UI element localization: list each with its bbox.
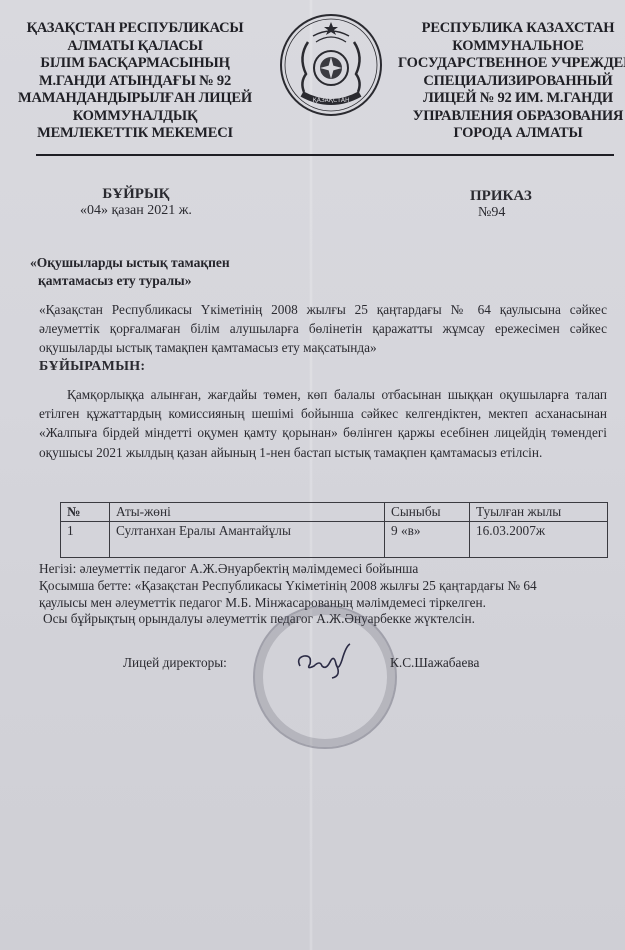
subject-line-1: «Оқушыларды ыстық тамақпен — [30, 255, 230, 270]
header-kz-line: КОММУНАЛДЫҚ — [4, 108, 266, 126]
header-birth-date: Туылған жылы — [470, 503, 608, 522]
header-ru-line: ГОСУДАРСТВЕННОЕ УЧРЕЖДЕНИ — [398, 55, 625, 73]
header-number: № — [61, 503, 110, 522]
signature-icon — [292, 640, 362, 680]
header-ru-line: УПРАВЛЕНИЯ ОБРАЗОВАНИЯ — [398, 108, 625, 126]
table-header-row: № Аты-жөні Сыныбы Туылған жылы — [61, 503, 608, 522]
paper-fold — [309, 0, 313, 950]
basis-line: Негізі: әлеуметтік педагог А.Ж.Әнуарбект… — [39, 561, 614, 578]
header-ru-line: СПЕЦИАЛИЗИРОВАННЫЙ — [398, 73, 625, 91]
order-label-kz: БҰЙРЫҚ — [80, 186, 192, 203]
state-emblem-icon: ҚАЗАҚСТАН — [278, 12, 384, 118]
cell-full-name: Султанхан Ералы Амантайұлы — [110, 522, 385, 558]
header-class: Сыныбы — [385, 503, 470, 522]
header-ru-line: КОММУНАЛЬНОЕ — [398, 38, 625, 56]
header-ru-line: ГОРОДА АЛМАТЫ — [398, 125, 625, 143]
ordain-label: БҰЙЫРАМЫН: — [39, 357, 607, 376]
table-row: 1 Султанхан Ералы Амантайұлы 9 «в» 16.03… — [61, 522, 608, 558]
header-kz-line: БІЛІМ БАСҚАРМАСЫНЫҢ — [4, 55, 266, 73]
header-kz-line: МЕМЛЕКЕТТІК МЕКЕМЕСІ — [4, 125, 266, 143]
header-kz-line: ҚАЗАҚСТАН РЕСПУБЛИКАСЫ — [4, 20, 266, 38]
director-name: К.С.Шажабаева — [390, 655, 479, 671]
order-title-kz: БҰЙРЫҚ «04» қазан 2021 ж. — [80, 186, 192, 219]
cell-birth-date: 16.03.2007ж — [470, 522, 608, 558]
order-body: Қамқорлыққа алынған, жағдайы төмен, көп … — [39, 385, 607, 462]
header-russian: РЕСПУБЛИКА КАЗАХСТАН КОММУНАЛЬНОЕ ГОСУДА… — [398, 20, 625, 143]
header-ru-line: ЛИЦЕЙ № 92 ИМ. М.ГАНДИ — [398, 90, 625, 108]
legal-basis: «Қазақстан Республикасы Үкіметінің 2008 … — [39, 300, 607, 376]
header-kz-line: М.ГАНДИ АТЫНДАҒЫ № 92 — [4, 73, 266, 91]
header-divider — [36, 154, 614, 156]
basis-text: «Қазақстан Республикасы Үкіметінің 2008 … — [39, 300, 607, 357]
order-subject: «Оқушыларды ыстық тамақпен қамтамасыз ет… — [30, 254, 230, 290]
header-kazakh: ҚАЗАҚСТАН РЕСПУБЛИКАСЫ АЛМАТЫ ҚАЛАСЫ БІЛ… — [4, 20, 266, 143]
order-document: ҚАЗАҚСТАН РЕСПУБЛИКАСЫ АЛМАТЫ ҚАЛАСЫ БІЛ… — [0, 0, 625, 950]
order-date: «04» қазан 2021 ж. — [80, 203, 192, 218]
cell-number: 1 — [61, 522, 110, 558]
order-number: №94 — [478, 205, 532, 221]
header-kz-line: АЛМАТЫ ҚАЛАСЫ — [4, 38, 266, 56]
order-label-ru: ПРИКАЗ — [470, 188, 532, 205]
attachment-line-1: Қосымша бетте: «Қазақстан Республикасы Ү… — [39, 578, 614, 595]
director-label: Лицей директоры: — [123, 655, 227, 671]
subject-line-2: қамтамасыз ету туралы» — [30, 272, 230, 290]
header-ru-line: РЕСПУБЛИКА КАЗАХСТАН — [398, 20, 625, 38]
cell-class: 9 «в» — [385, 522, 470, 558]
order-title-ru: ПРИКАЗ №94 — [470, 188, 532, 221]
header-full-name: Аты-жөні — [110, 503, 385, 522]
students-table: № Аты-жөні Сыныбы Туылған жылы 1 Султанх… — [60, 502, 608, 558]
svg-text:ҚАЗАҚСТАН: ҚАЗАҚСТАН — [312, 97, 349, 104]
header-kz-line: МАМАНДАНДЫРЫЛҒАН ЛИЦЕЙ — [4, 90, 266, 108]
